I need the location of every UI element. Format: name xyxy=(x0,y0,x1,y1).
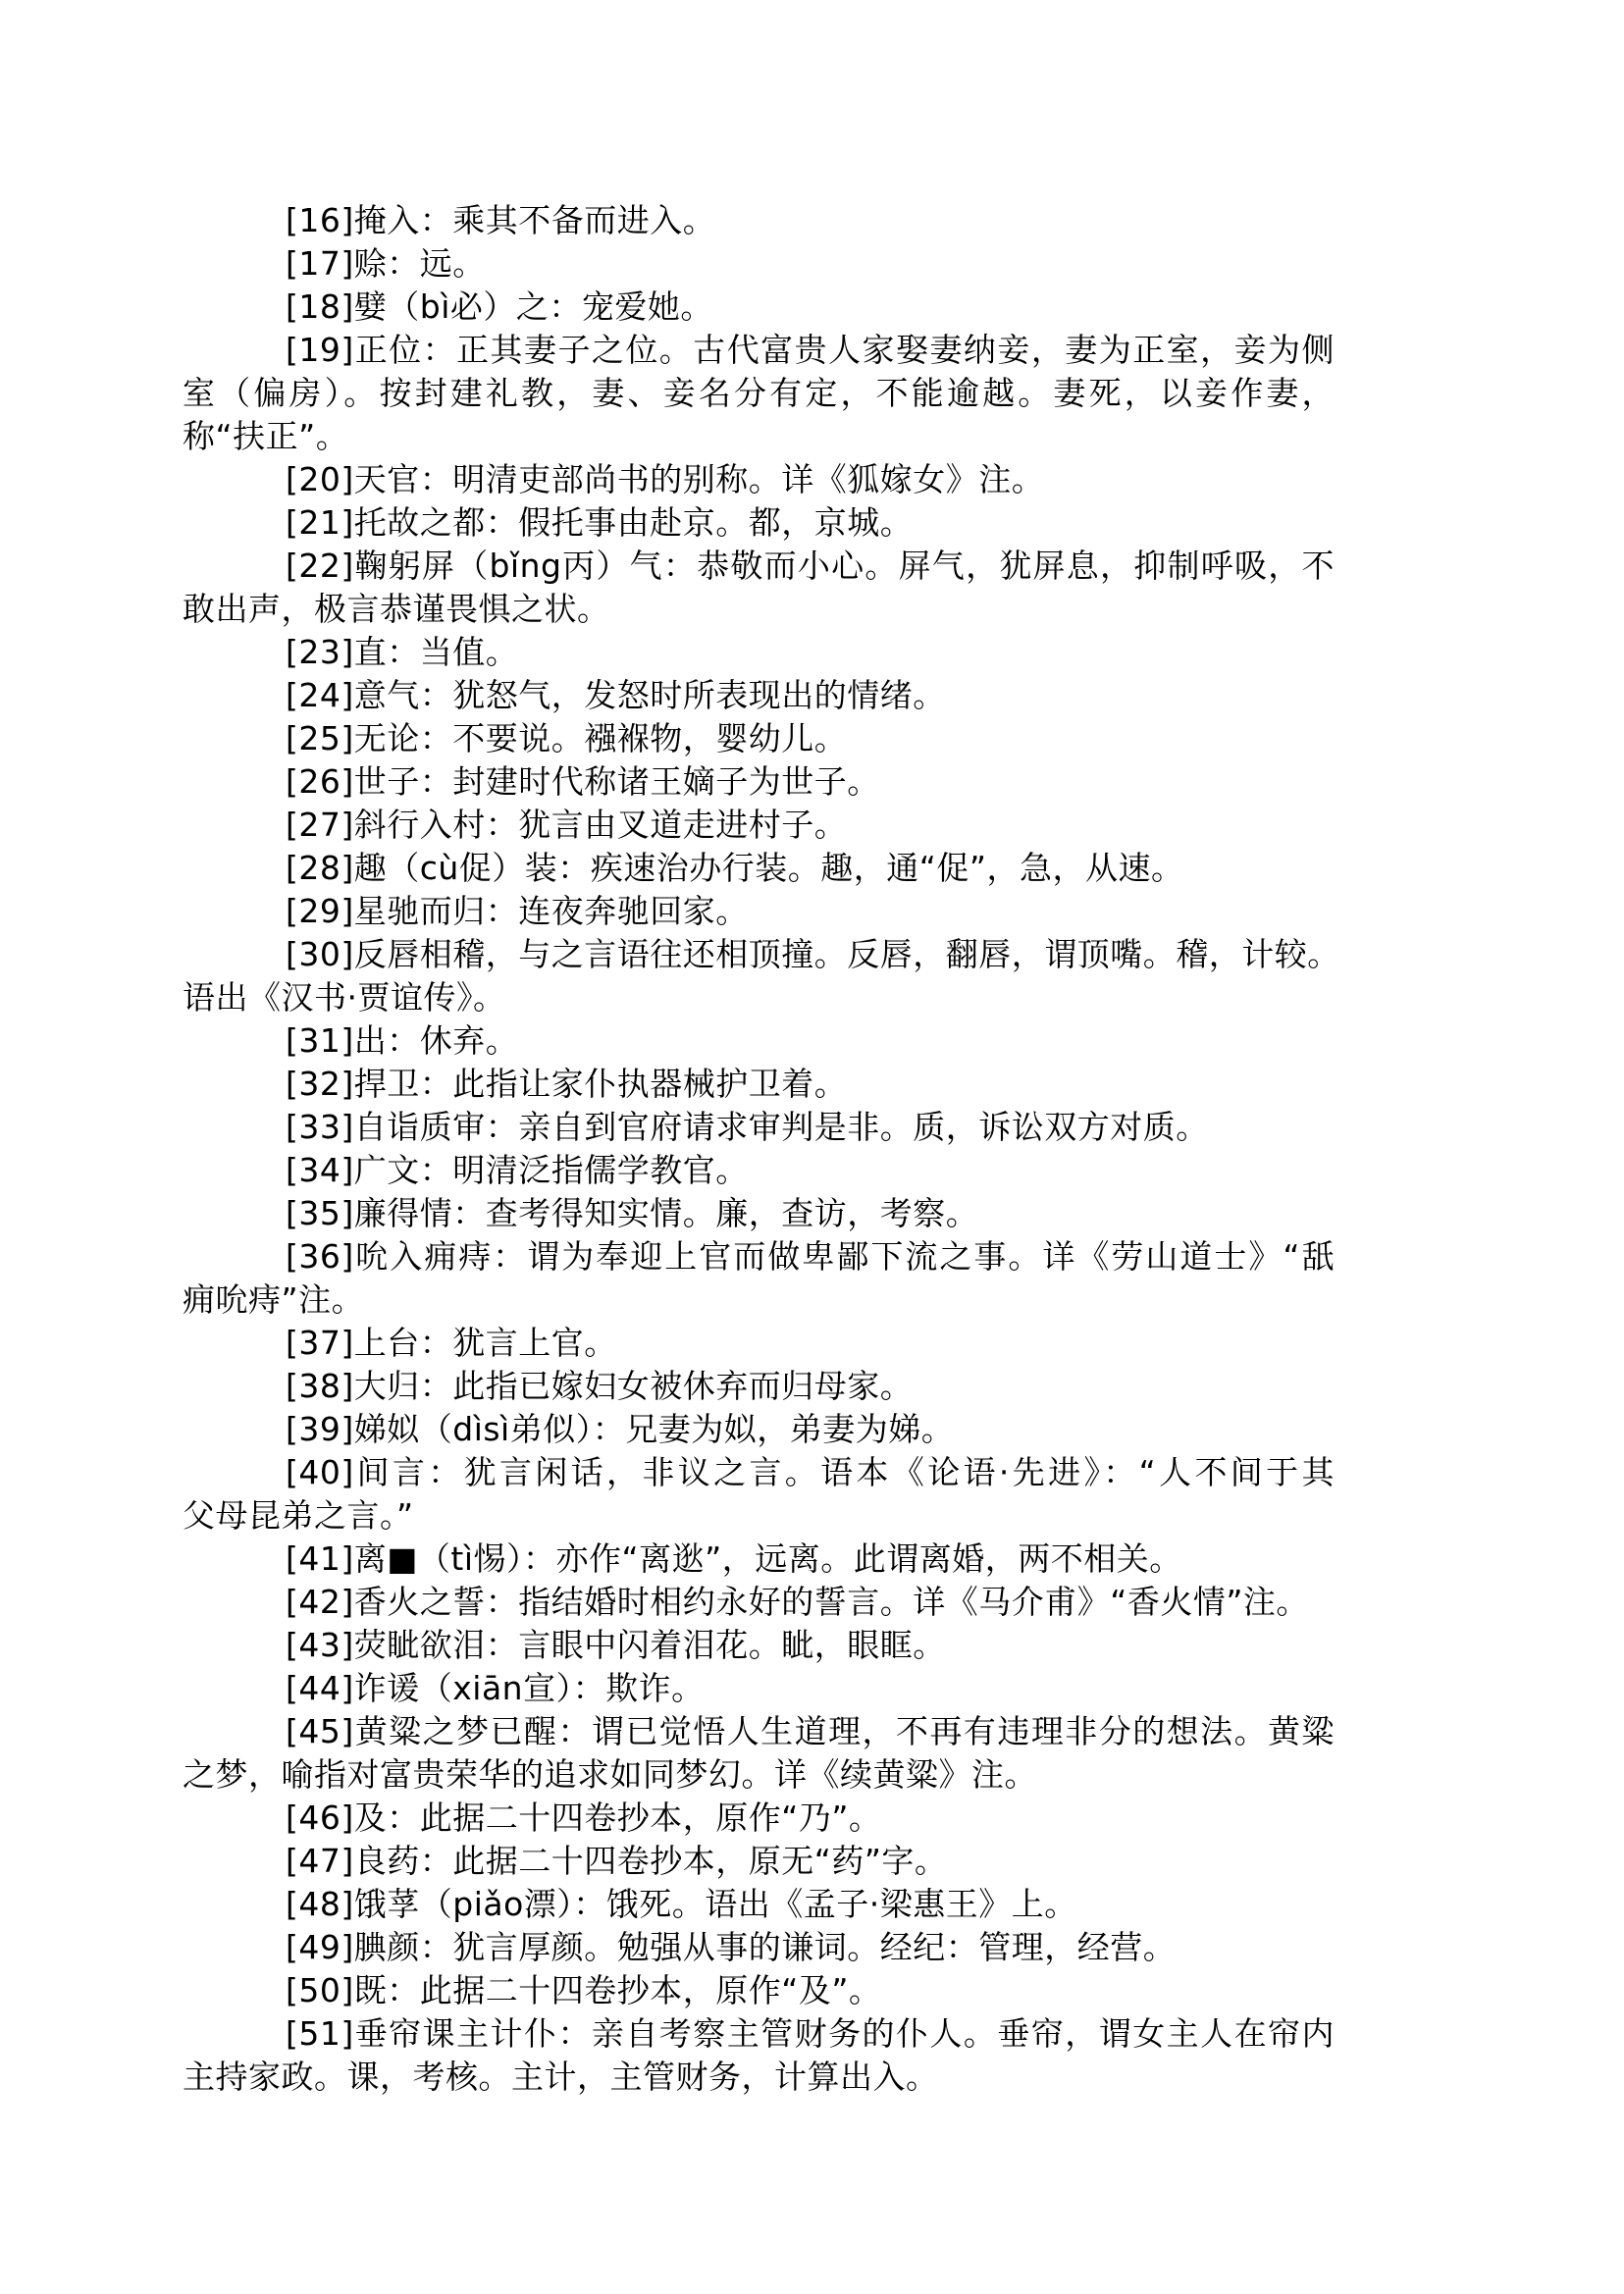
note-line: [25]无论：不要说。襁褓物，婴幼儿。 xyxy=(183,717,1335,760)
note-line: [21]托故之都：假托事由赴京。都，京城。 xyxy=(183,501,1335,545)
note-line: [29]星驰而归：连夜奔驰回家。 xyxy=(183,890,1335,933)
note-line: 称“扶正”。 xyxy=(183,415,1335,458)
note-line: [26]世子：封建时代称诸王嫡子为世子。 xyxy=(183,760,1335,804)
note-line: [41]离■（tì惕）：亦作“离逖”，远离。此谓离婚，两不相关。 xyxy=(183,1538,1335,1581)
note-line: 之梦，喻指对富贵荣华的追求如同梦幻。详《续黄粱》注。 xyxy=(183,1753,1335,1797)
note-line: [44]诈谖（xiān宣）：欺诈。 xyxy=(183,1667,1335,1710)
note-line: [34]广文：明清泛指儒学教官。 xyxy=(183,1149,1335,1192)
note-line: [39]娣姒（dìsì弟似）：兄妻为姒，弟妻为娣。 xyxy=(183,1408,1335,1451)
note-line: [36]吮入痈痔：谓为奉迎上官而做卑鄙下流之事。详《劳山道士》“舐 xyxy=(183,1235,1335,1278)
note-line: [31]出：休弃。 xyxy=(183,1019,1335,1063)
note-line: [33]自诣质审：亲自到官府请求审判是非。质，诉讼双方对质。 xyxy=(183,1106,1335,1149)
note-line: [32]捍卫：此指让家仆执器械护卫着。 xyxy=(183,1063,1335,1106)
note-line: [28]趣（cù促）装：疾速治办行装。趣，通“促”，急，从速。 xyxy=(183,847,1335,890)
note-line: [45]黄粱之梦已醒：谓已觉悟人生道理，不再有违理非分的想法。黄粱 xyxy=(183,1710,1335,1753)
note-line: [27]斜行入村：犹言由叉道走进村子。 xyxy=(183,804,1335,847)
note-line: [30]反唇相稽，与之言语往还相顶撞。反唇，翻唇，谓顶嘴。稽，计较。 xyxy=(183,933,1335,976)
note-line: [19]正位：正其妻子之位。古代富贵人家娶妻纳妾，妻为正室，妾为侧 xyxy=(183,329,1335,372)
note-line: [47]良药：此据二十四卷抄本，原无“药”字。 xyxy=(183,1840,1335,1883)
note-line: [23]直：当值。 xyxy=(183,631,1335,674)
note-line: 父母昆弟之言。” xyxy=(183,1494,1335,1538)
note-line: [38]大归：此指已嫁妇女被休弃而归母家。 xyxy=(183,1365,1335,1408)
note-line: [18]嬖（bì必）之：宠爱她。 xyxy=(183,286,1335,329)
note-line: [40]间言：犹言闲话，非议之言。语本《论语·先进》：“人不间于其 xyxy=(183,1451,1335,1494)
note-line: [50]既：此据二十四卷抄本，原作“及”。 xyxy=(183,1969,1335,2012)
note-line: [43]荧眦欲泪：言眼中闪着泪花。眦，眼眶。 xyxy=(183,1624,1335,1667)
note-line: [48]饿莩（piǎo漂）：饿死。语出《孟子·梁惠王》上。 xyxy=(183,1883,1335,1926)
note-line: 主持家政。课，考核。主计，主管财务，计算出入。 xyxy=(183,2056,1335,2099)
note-line: [49]腆颜：犹言厚颜。勉强从事的谦词。经纪：管理，经营。 xyxy=(183,1926,1335,1969)
note-line: [24]意气：犹怒气，发怒时所表现出的情绪。 xyxy=(183,674,1335,717)
note-line: [42]香火之誓：指结婚时相约永好的誓言。详《马介甫》“香火情”注。 xyxy=(183,1581,1335,1624)
note-line: 痈吮痔”注。 xyxy=(183,1278,1335,1322)
note-line: [37]上台：犹言上官。 xyxy=(183,1322,1335,1365)
note-line: [20]天官：明清吏部尚书的别称。详《狐嫁女》注。 xyxy=(183,458,1335,501)
note-line: 室（偏房）。按封建礼教，妻、妾名分有定，不能逾越。妻死，以妾作妻， xyxy=(183,372,1335,415)
note-line: [16]掩入：乘其不备而进入。 xyxy=(183,199,1335,242)
document-page: [16]掩入：乘其不备而进入。[17]赊：远。[18]嬖（bì必）之：宠爱她。[… xyxy=(0,0,1624,2294)
note-line: [17]赊：远。 xyxy=(183,242,1335,286)
note-line: 语出《汉书·贾谊传》。 xyxy=(183,976,1335,1019)
note-line: 敢出声，极言恭谨畏惧之状。 xyxy=(183,588,1335,631)
note-line: [22]鞠躬屏（bǐng丙）气：恭敬而小心。屏气，犹屏息，抑制呼吸，不 xyxy=(183,545,1335,588)
note-line: [35]廉得情：查考得知实情。廉，查访，考察。 xyxy=(183,1192,1335,1235)
annotations-text-block: [16]掩入：乘其不备而进入。[17]赊：远。[18]嬖（bì必）之：宠爱她。[… xyxy=(183,199,1335,2099)
note-line: [51]垂帘课主计仆：亲自考察主管财务的仆人。垂帘，谓女主人在帘内 xyxy=(183,2012,1335,2056)
note-line: [46]及：此据二十四卷抄本，原作“乃”。 xyxy=(183,1797,1335,1840)
